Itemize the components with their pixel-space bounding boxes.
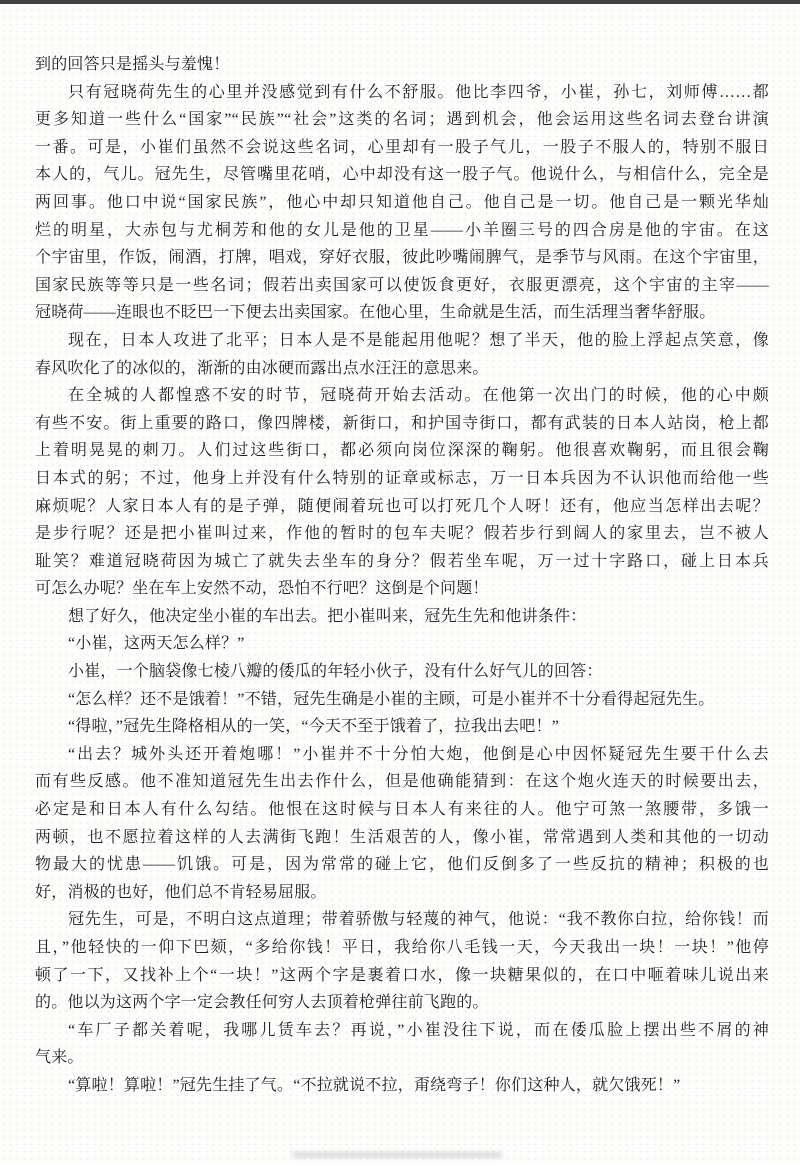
text-line: 麻烦呢？人家日本人有的是子弹，随便闹着玩也可以打死几个人呀！还有，他应当怎样出去… [35,493,769,521]
text-line: “车厂子都关着呢，我哪儿赁车去？再说，”小崔没往下说，而在倭瓜脸上摆出些不屑的神 [35,1017,769,1045]
text-line: 只有冠晓荷先生的心里并没感觉到有什么不舒服。他比李四爷，小崔，孙七，刘师傅……都 [35,79,769,107]
text-line: 冠晓荷——连眼也不眨巴一下便去出卖国家。在他心里，生命就是生活，而生活理当奢华舒… [35,299,769,327]
text-line: 一番。可是，小崔们虽然不会说这些名词，心里却有一股子气儿，一股子不服人的，特别不… [35,134,769,162]
text-line: 必定是和日本人有什么勾结。他恨在这时候与日本人有来往的人。他宁可煞一煞腰带，多饿… [35,796,769,824]
text-line: “出去？城外头还开着炮哪！”小崔并不十分怕大炮，他倒是心中因怀疑冠先生要干什么去 [35,741,769,769]
text-line: 好，消极的也好，他们总不肯轻易屈服。 [35,879,769,907]
scan-edge-artifact [0,0,800,4]
text-line: 是步行呢？还是把小崔叫过来，作他的暂时的包车夫呢？假若步行到阔人的家里去，岂不被… [35,520,769,548]
text-line: “得啦，”冠先生降格相从的一笑，“今天不至于饿着了，拉我出去吧！” [35,713,769,741]
text-line: 物最大的忧患——饥饿。可是，因为常常的碰上它，他们反倒多了一些反抗的精神；积极的… [35,851,769,879]
text-line: 上着明晃晃的刺刀。人们过这些街口，都必须向岗位深深的鞠躬。他很喜欢鞠躬，而且很会… [35,437,769,465]
text-line: “怎么样？还不是饿着！”不错，冠先生确是小崔的主顾，可是小崔并不十分看得起冠先生… [35,686,769,714]
text-line: 有些不安。街上重要的路口，像四牌楼，新街口，和护国寺街口，都有武装的日本人站岗，… [35,410,769,438]
text-block: 到的回答只是摇头与羞愧！只有冠晓荷先生的心里并没感觉到有什么不舒服。他比李四爷，… [35,51,769,1100]
text-line: 耻笑？难道冠晓荷因为城亡了就失去坐车的身分？假若坐车呢，万一过十字路口，碰上日本… [35,548,769,576]
text-line: 气来。 [35,1044,769,1072]
text-line: 且，”他轻快的一仰下巴颏，“多给你钱！平日，我给你八毛钱一天，今天我出一块！一块… [35,934,769,962]
text-line: 烂的明星，大赤包与尤桐芳和他的女儿是他的卫星——小羊圈三号的四合房是他的宇宙。在… [35,217,769,245]
text-line: 冠先生，可是，不明白这点道理；带着骄傲与轻蔑的神气，他说：“我不教你白拉，给你钱… [35,906,769,934]
text-line: 的。他以为这两个字一定会教任何穷人去顶着枪弹往前飞跑的。 [35,989,769,1017]
text-line: 本人的，气儿。冠先生，尽管嘴里花哨，心中却没有这一股子气。他说什么，与相信什么，… [35,161,769,189]
text-line: 到的回答只是摇头与羞愧！ [35,51,769,79]
text-line: 更多知道一些什么“国家”“民族”“社会”这类的名词；遇到机会，他会运用这些名词去… [35,106,769,134]
text-line: 想了好久，他决定坐小崔的车出去。把小崔叫来，冠先生先和他讲条件： [35,603,769,631]
text-line: 顿了一下，又找补上个“一块！”这两个字是裹着口水，像一块糖果似的，在口中咂着味儿… [35,962,769,990]
text-line: 小崔，一个脑袋像七棱八瓣的倭瓜的年轻小伙子，没有什么好气儿的回答： [35,658,769,686]
page-bottom-smudge [292,1152,502,1158]
text-line: 国家民族等等只是一些名词；假若出卖国家可以使饭食更好，衣服更漂亮，这个宇宙的主宰… [35,272,769,300]
text-line: 现在，日本人攻进了北平；日本人是不是能起用他呢？想了半天，他的脸上浮起点笑意，像 [35,327,769,355]
text-line: 日本式的躬；不过，他身上并没有什么特别的证章或标志，万一日本兵因为不认识他而给他… [35,465,769,493]
text-line: “小崔，这两天怎么样？” [35,630,769,658]
text-line: 而有些反感。他不准知道冠先生出去作什么，但是他确能猜到：在这个炮火连天的时候要出… [35,768,769,796]
text-line: 可怎么办呢？坐在车上安然不动，恐怕不行吧？这倒是个问题！ [35,575,769,603]
text-line: 春风吹化了的冰似的，渐渐的由冰硬而露出点水汪汪的意思来。 [35,355,769,383]
text-line: 两回事。他口中说“国家民族”，他心中却只知道他自己。他自己是一切。他自己是一颗光… [35,189,769,217]
scanned-document-page: 到的回答只是摇头与羞愧！只有冠晓荷先生的心里并没感觉到有什么不舒服。他比李四爷，… [0,0,800,1164]
text-line: 个宇宙里，作饭，闹酒，打牌，唱戏，穿好衣服，彼此吵嘴闹脾气，是季节与风雨。在这个… [35,244,769,272]
text-line: 在全城的人都惶惑不安的时节，冠晓荷开始去活动。在他第一次出门的时候，他的心中颇 [35,382,769,410]
text-line: 两顿，也不愿拉着这样的人去满街飞跑！生活艰苦的人，像小崔，常常遇到人类和其他的一… [35,824,769,852]
text-line: “算啦！算啦！”冠先生挂了气。“不拉就说不拉，甭绕弯子！你们这种人，就欠饿死！” [35,1072,769,1100]
